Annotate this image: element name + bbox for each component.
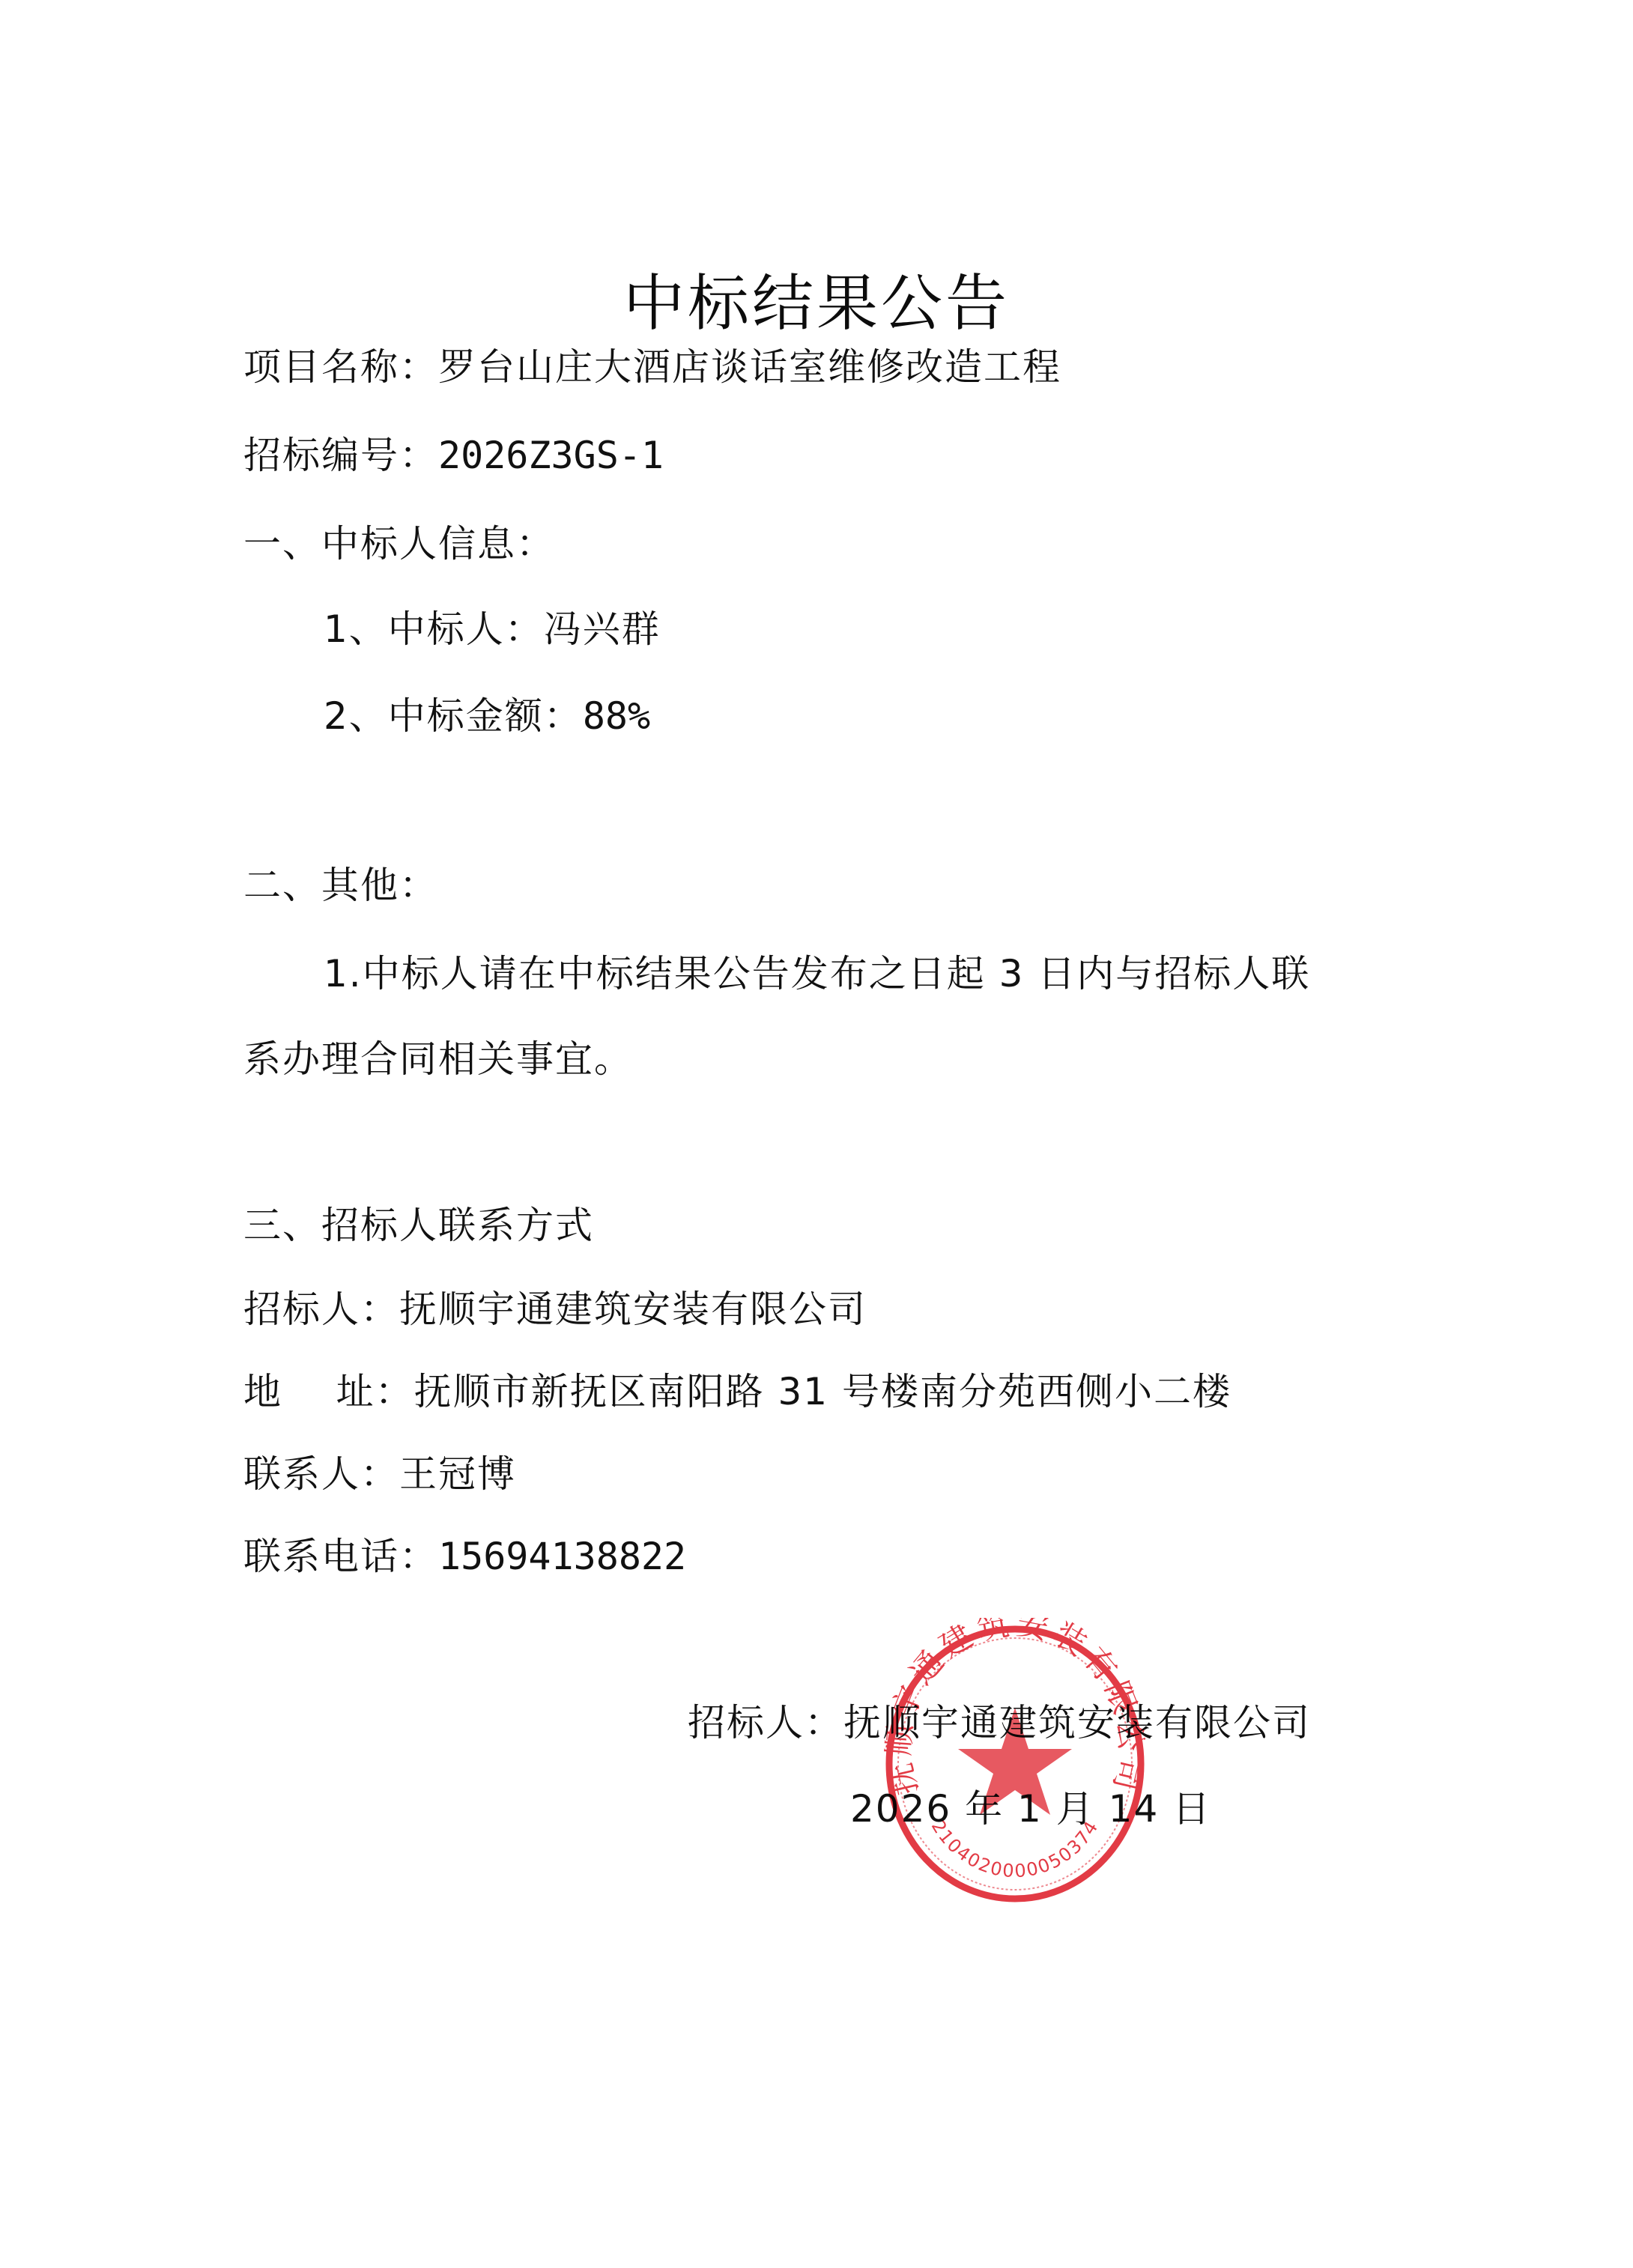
section3-heading: 三、招标人联系方式 [243, 1203, 594, 1248]
company-seal-icon: 抚顺宇通建筑安装有限公司 2104020000050374 [880, 1618, 1150, 1910]
contact-label: 联系人： [243, 1452, 399, 1496]
bid-number-line: 招标编号：2026Z3GS-1 [243, 433, 664, 478]
bid-amount-value: 88% [583, 694, 650, 738]
phone-label: 联系电话： [243, 1535, 438, 1578]
contact-value: 王冠博 [399, 1452, 516, 1496]
project-name-line: 项目名称：罗台山庄大酒店谈话室维修改造工程 [243, 345, 1061, 389]
address-value: 抚顺市新抚区南阳路 31 号楼南分苑西侧小二楼 [414, 1370, 1231, 1413]
tenderer-value: 抚顺宇通建筑安装有限公司 [399, 1288, 867, 1331]
project-name-value: 罗台山庄大酒店谈话室维修改造工程 [438, 345, 1061, 389]
tenderer-line: 招标人：抚顺宇通建筑安装有限公司 [243, 1287, 867, 1332]
section2-paragraph-line1: 1.中标人请在中标结果公告发布之日起 3 日内与招标人联 [324, 951, 1310, 996]
project-name-label: 项目名称： [243, 345, 438, 389]
section2-heading: 二、其他： [243, 863, 438, 908]
signature-tenderer-label: 招标人： [688, 1701, 843, 1744]
tenderer-label: 招标人： [243, 1288, 399, 1331]
document-page: 中标结果公告 项目名称：罗台山庄大酒店谈话室维修改造工程 招标编号：2026Z3… [0, 0, 1633, 2268]
bid-number-label: 招标编号： [243, 434, 438, 477]
bid-number-value: 2026Z3GS-1 [438, 434, 664, 477]
section1-heading: 一、中标人信息： [243, 521, 555, 566]
section2-paragraph-line2: 系办理合同相关事宜。 [243, 1037, 633, 1082]
page-title: 中标结果公告 [0, 255, 1633, 342]
bid-amount-line: 2、中标金额：88% [324, 694, 650, 739]
bid-amount-label: 2、中标金额： [324, 694, 583, 738]
winner-value: 冯兴群 [544, 607, 661, 651]
winner-line: 1、中标人：冯兴群 [324, 607, 661, 652]
address-label: 地 址： [243, 1370, 414, 1413]
address-line: 地 址：抚顺市新抚区南阳路 31 号楼南分苑西侧小二楼 [243, 1369, 1231, 1414]
winner-label: 1、中标人： [324, 607, 544, 651]
phone-value: 15694138822 [438, 1535, 686, 1578]
phone-line: 联系电话：15694138822 [243, 1534, 686, 1579]
svg-text:2104020000050374: 2104020000050374 [927, 1816, 1103, 1882]
contact-line: 联系人：王冠博 [243, 1452, 516, 1497]
